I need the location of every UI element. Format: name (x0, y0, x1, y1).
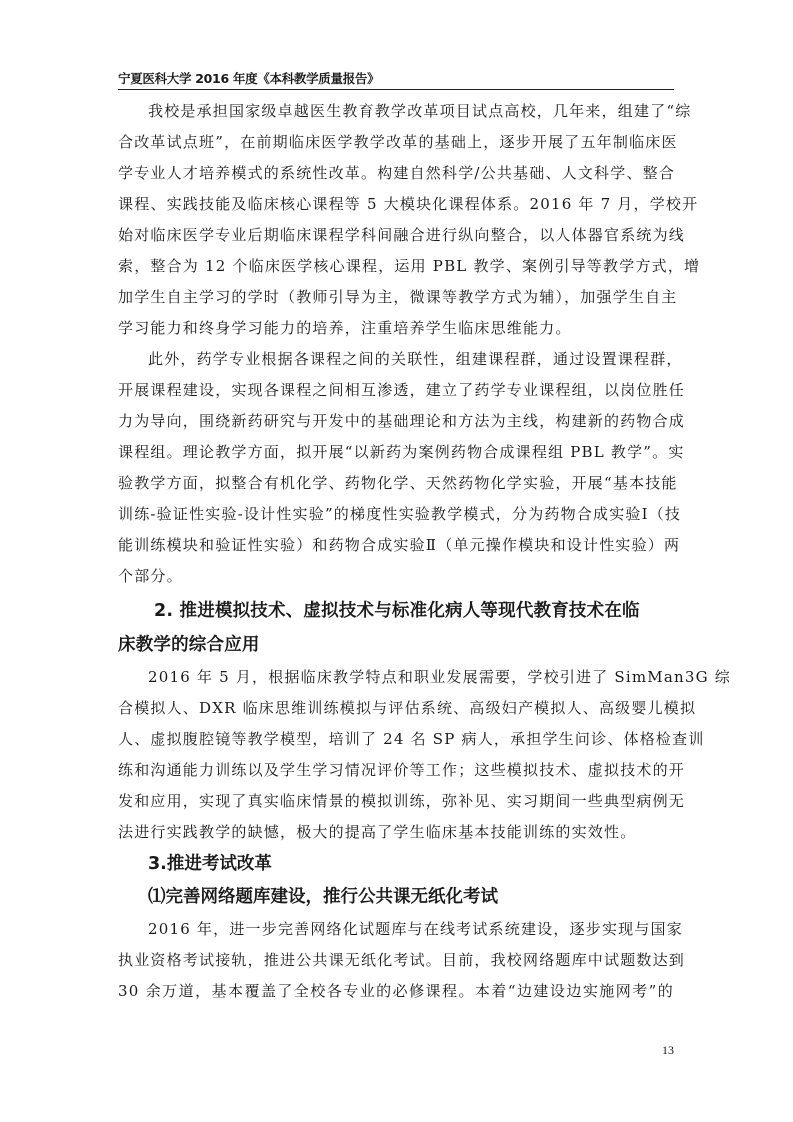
text-line: 2016 年，进一步完善网络化试题库与在线考试系统建设，逐步实现与国家 (118, 914, 674, 945)
text-line: 课程组。理论教学方面，拟开展“以新药为案例药物合成课程组 PBL 教学”。实 (118, 437, 674, 468)
text-line: 学专业人才培养模式的系统性改革。构建自然科学/公共基础、人文科学、整合 (118, 158, 674, 189)
subsection-heading-online-exam: ⑴完善网络题库建设，推行公共课无纸化考试 (118, 881, 674, 914)
paragraph-online-exam: 2016 年，进一步完善网络化试题库与在线考试系统建设，逐步实现与国家 执业资格… (118, 914, 674, 1007)
text-line: 执业资格考试接轨，推进公共课无纸化考试。目前，我校网络题库中试题数达到 (118, 945, 674, 976)
text-line: 力为导向，围绕新药研究与开发中的基础理论和方法为主线，构建新的药物合成 (118, 406, 674, 437)
text-line: 训练-验证性实验-设计性实验”的梯度性实验教学模式，分为药物合成实验Ⅰ（技 (118, 499, 674, 530)
text-line: 索，整合为 12 个临床医学核心课程，运用 PBL 教学、案例引导等教学方式，增 (118, 251, 674, 282)
text-line: 我校是承担国家级卓越医生教育教学改革项目试点高校，几年来，组建了“综 (118, 96, 674, 127)
text-line: 法进行实践教学的缺憾，极大的提高了学生临床基本技能训练的实效性。 (118, 817, 674, 848)
heading-line: 床教学的综合应用 (118, 628, 674, 662)
text-line: 练和沟通能力训练以及学生学习情况评价等工作；这些模拟技术、虚拟技术的开 (118, 755, 674, 786)
text-line: 发和应用，实现了真实临床情景的模拟训练，弥补见、实习期间一些典型病例无 (118, 786, 674, 817)
heading-line: 2. 推进模拟技术、虚拟技术与标准化病人等现代教育技术在临 (118, 594, 674, 628)
text-line: 人、虚拟腹腔镜等教学模型，培训了 24 名 SP 病人，承担学生问诊、体格检查训 (118, 724, 674, 755)
paragraph-simulation-tech: 2016 年 5 月，根据临床教学特点和职业发展需要，学校引进了 SimMan3… (118, 662, 674, 848)
text-line: 合改革试点班”，在前期临床医学教学改革的基础上，逐步开展了五年制临床医 (118, 127, 674, 158)
text-line: 30 余万道，基本覆盖了全校各专业的必修课程。本着“边建设边实施网考”的 (118, 976, 674, 1007)
text-line: 开展课程建设，实现各课程之间相互渗透，建立了药学专业课程组，以岗位胜任 (118, 375, 674, 406)
text-line: 验教学方面，拟整合有机化学、药物化学、天然药物化学实验，开展“基本技能 (118, 468, 674, 499)
section-heading-simulation: 2. 推进模拟技术、虚拟技术与标准化病人等现代教育技术在临 床教学的综合应用 (118, 594, 674, 662)
heading-text: 3.推进考试改革 (148, 854, 272, 874)
page-content: 我校是承担国家级卓越医生教育教学改革项目试点高校，几年来，组建了“综 合改革试点… (118, 96, 674, 1007)
text-line: 合模拟人、DXR 临床思维训练模拟与评估系统、高级妇产模拟人、高级婴儿模拟 (118, 693, 674, 724)
section-heading-exam-reform: 3.推进考试改革 (118, 848, 674, 881)
paragraph-clinical-reform: 我校是承担国家级卓越医生教育教学改革项目试点高校，几年来，组建了“综 合改革试点… (118, 96, 674, 344)
text-line: 学习能力和终身学习能力的培养，注重培养学生临床思维能力。 (118, 313, 674, 344)
page-header: 宁夏医科大学 2016 年度《本科教学质量报告》 (118, 70, 674, 90)
header-title: 宁夏医科大学 2016 年度《本科教学质量报告》 (118, 71, 379, 86)
text-line: 此外，药学专业根据各课程之间的关联性，组建课程群，通过设置课程群， (118, 344, 674, 375)
text-line: 能训练模块和验证性实验）和药物合成实验Ⅱ（单元操作模块和设计性实验）两 (118, 530, 674, 561)
text-line: 课程、实践技能及临床核心课程等 5 大模块化课程体系。2016 年 7 月，学校… (118, 189, 674, 220)
text-line: 加学生自主学习的学时（教师引导为主，微课等教学方式为辅），加强学生自主 (118, 282, 674, 313)
heading-text: ⑴完善网络题库建设，推行公共课无纸化考试 (148, 887, 498, 907)
page-number: 13 (662, 1043, 674, 1058)
text-line: 2016 年 5 月，根据临床教学特点和职业发展需要，学校引进了 SimMan3… (118, 662, 674, 693)
text-line: 个部分。 (118, 561, 674, 592)
paragraph-pharmacy-courses: 此外，药学专业根据各课程之间的关联性，组建课程群，通过设置课程群， 开展课程建设… (118, 344, 674, 592)
text-line: 始对临床医学专业后期临床课程学科间融合进行纵向整合，以人体器官系统为线 (118, 220, 674, 251)
